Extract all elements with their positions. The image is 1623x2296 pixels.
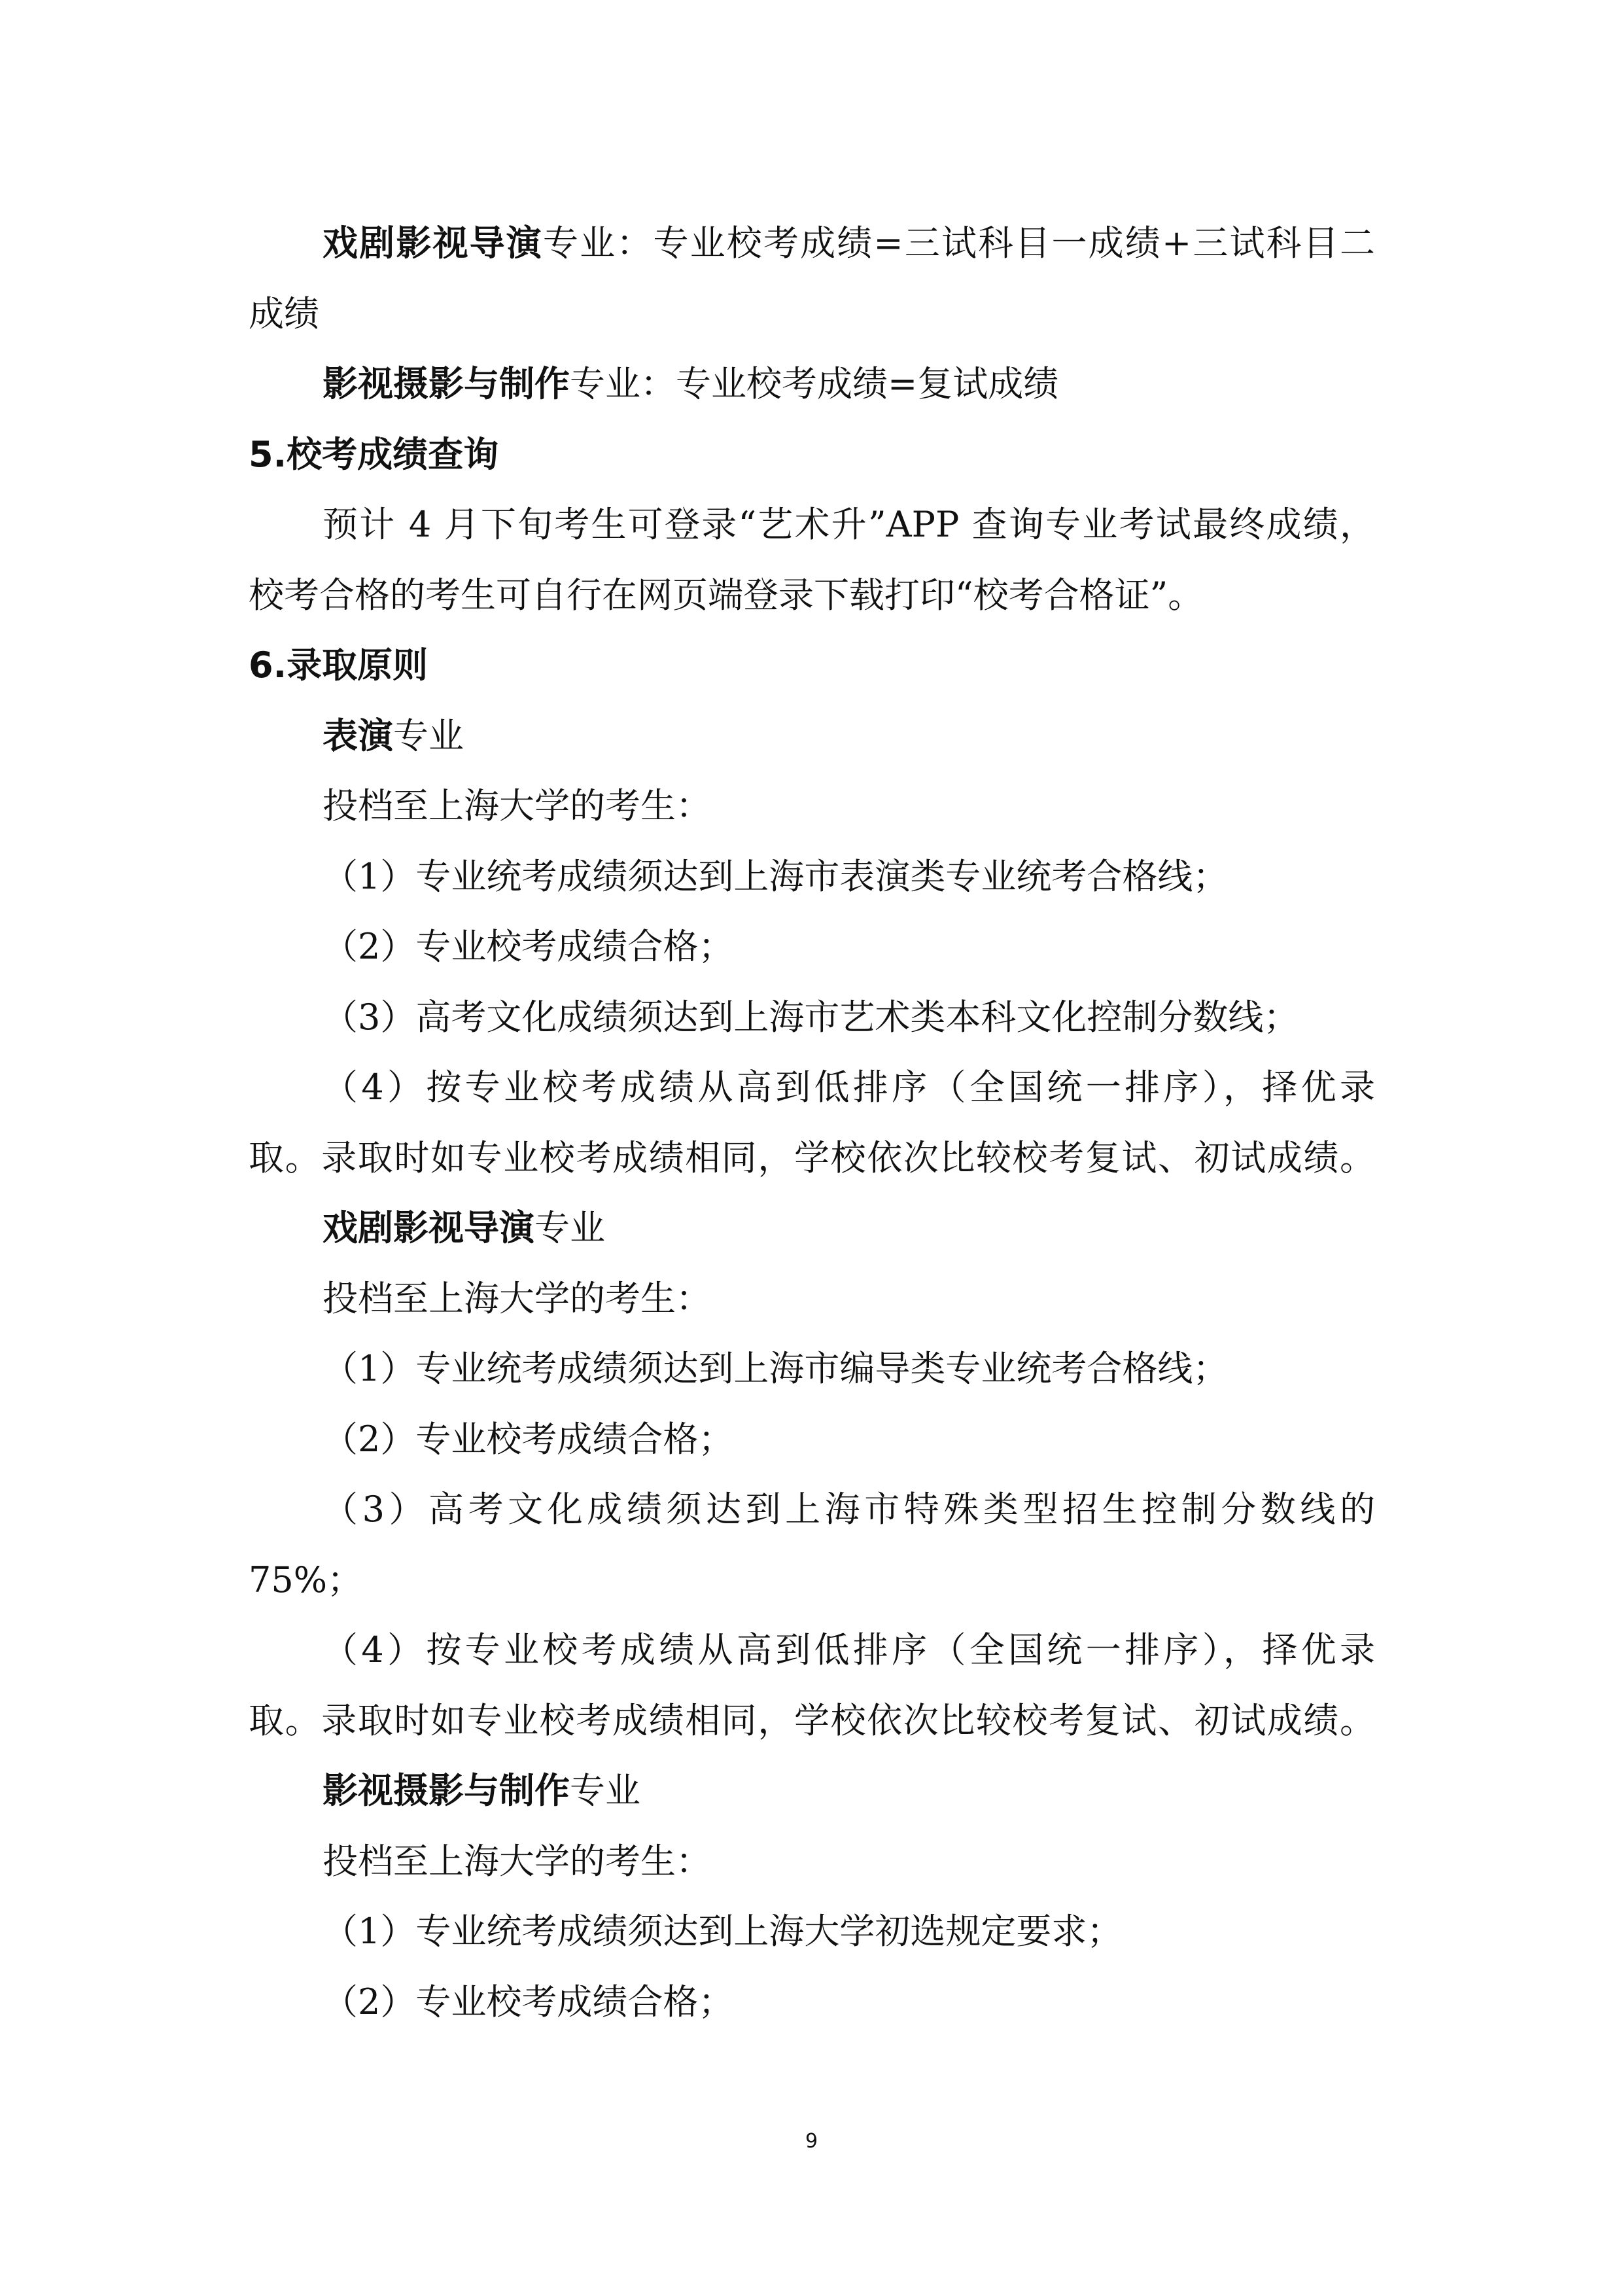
subheading-performance: 表演专业 xyxy=(249,701,1375,771)
list-item-continued: 取。录取时如专业校考成绩相同，学校依次比较校考复试、初试成绩。 xyxy=(249,1123,1375,1193)
formula-directing: 戏剧影视导演专业：专业校考成绩=三试科目一成绩+三试科目二 xyxy=(249,208,1375,279)
list-item: （2）专业校考成绩合格； xyxy=(249,1404,1375,1475)
list-item: （4）按专业校考成绩从高到低排序（全国统一排序），择优录 xyxy=(249,1052,1375,1123)
paragraph-text: 投档至上海大学的考生： xyxy=(249,1263,1375,1334)
formula-directing-continued: 成绩 xyxy=(249,279,1375,349)
list-item-continued: 75%； xyxy=(249,1545,1375,1616)
formula-cinematography: 影视摄影与制作专业：专业校考成绩=复试成绩 xyxy=(249,349,1375,419)
list-item: （4）按专业校考成绩从高到低排序（全国统一排序），择优录 xyxy=(249,1615,1375,1686)
section-heading-score-query: 5.校考成绩查询 xyxy=(249,419,1375,490)
subheading-directing: 戏剧影视导演专业 xyxy=(249,1193,1375,1263)
list-item: （3）高考文化成绩须达到上海市艺术类本科文化控制分数线； xyxy=(249,982,1375,1053)
list-item: （3）高考文化成绩须达到上海市特殊类型招生控制分数线的 xyxy=(249,1474,1375,1545)
page-number: 9 xyxy=(0,2130,1623,2153)
major-name: 影视摄影与制作 xyxy=(323,363,570,404)
paragraph-text: 校考合格的考生可自行在网页端登录下载打印“校考合格证”。 xyxy=(249,560,1375,631)
paragraph-text: 预计 4 月下旬考生可登录“艺术升”APP 查询专业考试最终成绩， xyxy=(249,489,1375,560)
document-page: 戏剧影视导演专业：专业校考成绩=三试科目一成绩+三试科目二 成绩 影视摄影与制作… xyxy=(249,208,1375,2037)
paragraph-text: 投档至上海大学的考生： xyxy=(249,771,1375,841)
major-name: 戏剧影视导演 xyxy=(323,222,543,264)
section-heading-admission-principles: 6.录取原则 xyxy=(249,630,1375,701)
list-item: （1）专业统考成绩须达到上海大学初选规定要求； xyxy=(249,1896,1375,1967)
list-item-continued: 取。录取时如专业校考成绩相同，学校依次比较校考复试、初试成绩。 xyxy=(249,1686,1375,1756)
list-item: （1）专业统考成绩须达到上海市表演类专业统考合格线； xyxy=(249,841,1375,912)
subheading-cinematography: 影视摄影与制作专业 xyxy=(249,1756,1375,1826)
list-item: （1）专业统考成绩须达到上海市编导类专业统考合格线； xyxy=(249,1333,1375,1404)
list-item: （2）专业校考成绩合格； xyxy=(249,911,1375,982)
paragraph-text: 投档至上海大学的考生： xyxy=(249,1826,1375,1897)
list-item: （2）专业校考成绩合格； xyxy=(249,1967,1375,2038)
